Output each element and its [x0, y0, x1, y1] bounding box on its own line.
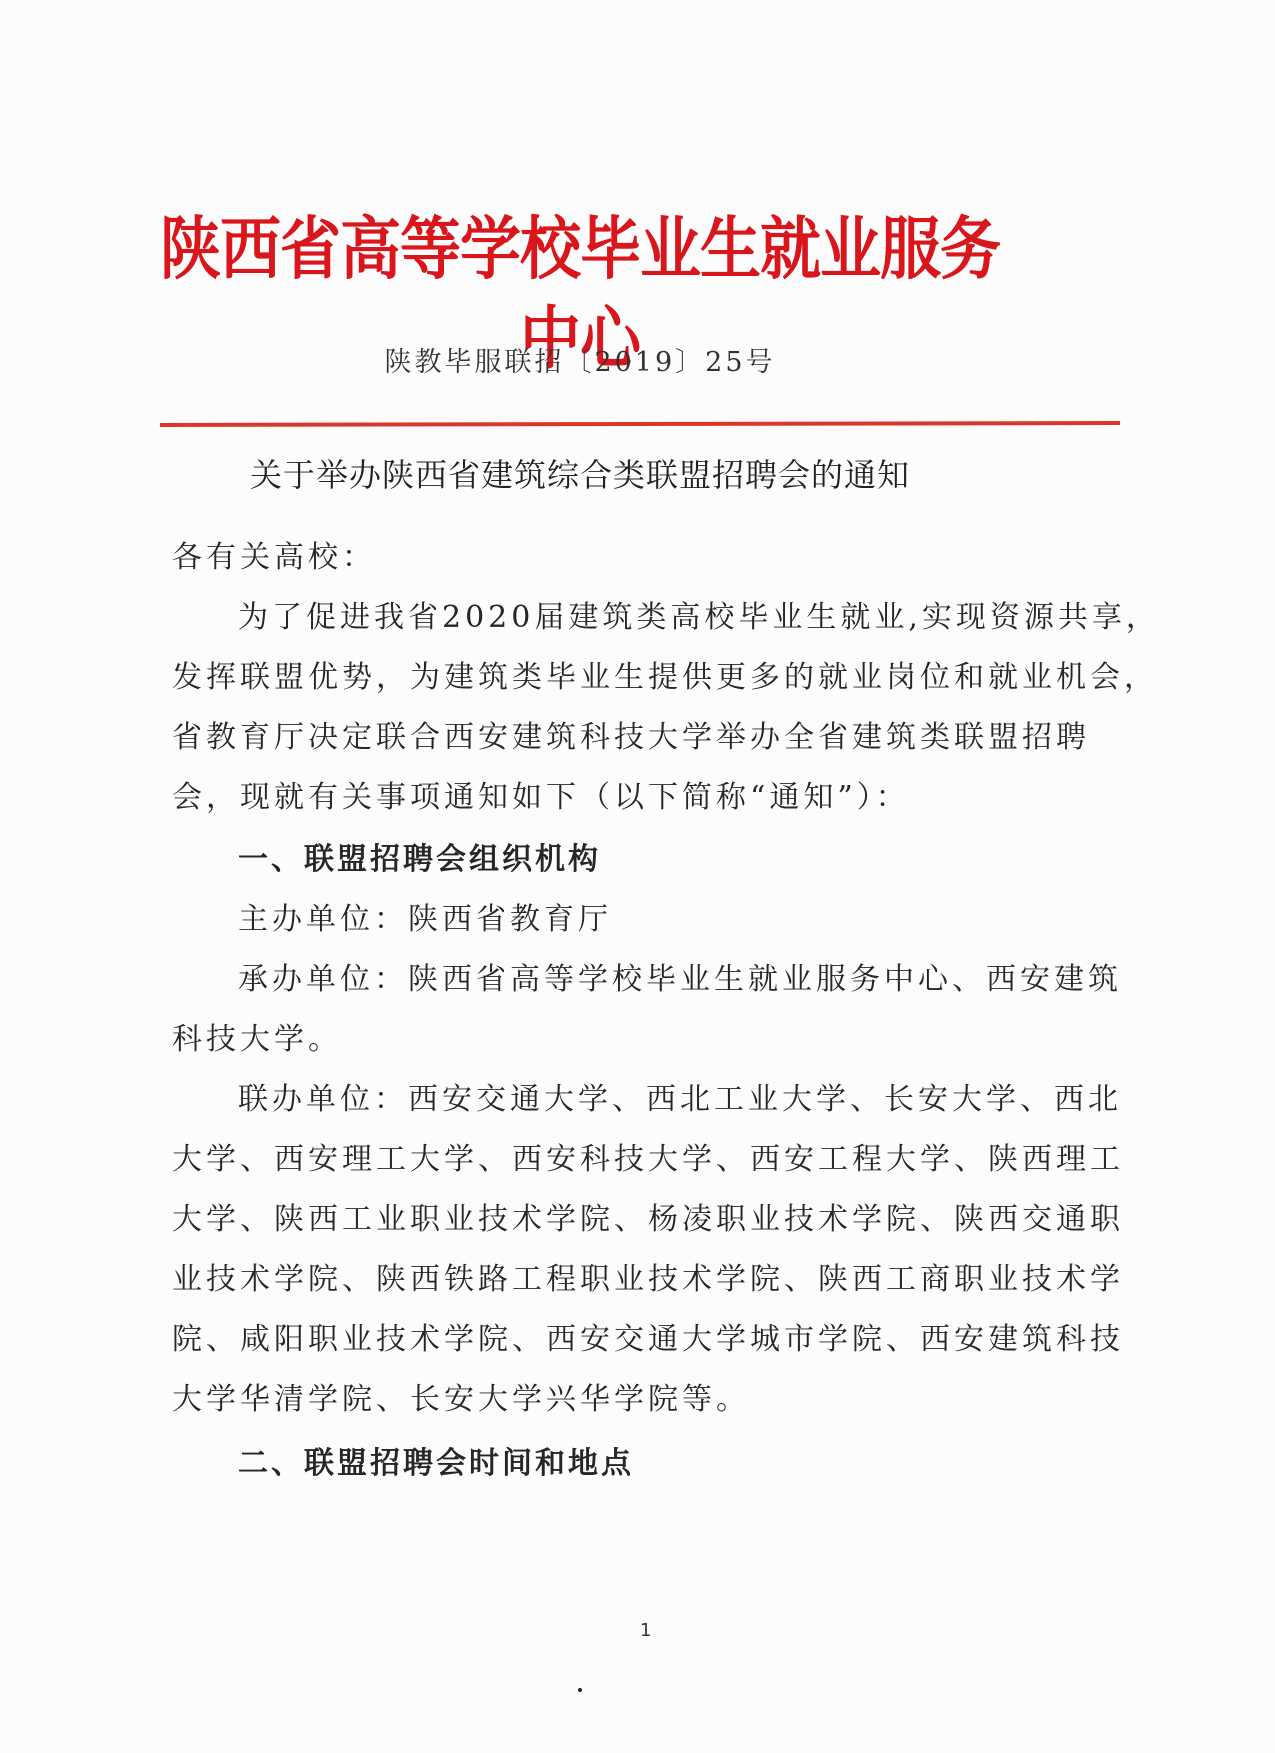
section-line: 承办单位：陕西省高等学校毕业生就业服务中心、西安建筑 — [238, 960, 1122, 1000]
section-line: 院、咸阳职业技术学院、西安交通大学城市学院、西安建筑科技 — [172, 1320, 1124, 1360]
section-line: 科技大学。 — [172, 1020, 342, 1060]
section-line: 大学、陕西工业职业技术学院、杨凌职业技术学院、陕西交通职 — [172, 1200, 1124, 1240]
document-number: 陕教毕服联招〔2019〕25号 — [140, 340, 1020, 379]
intro-line: 发挥联盟优势，为建筑类毕业生提供更多的就业岗位和就业机会， — [172, 658, 1158, 698]
section-line: 大学华清学院、长安大学兴华学院等。 — [172, 1380, 750, 1420]
section-heading-2: 二、联盟招聘会时间和地点 — [238, 1444, 634, 1484]
intro-line: 会，现就有关事项通知如下（以下简称“通知”）： — [172, 778, 910, 818]
section-line: 大学、西安理工大学、西安科技大学、西安工程大学、陕西理工 — [172, 1140, 1124, 1180]
section-line: 业技术学院、陕西铁路工程职业技术学院、陕西工商职业技术学 — [172, 1260, 1124, 1300]
red-divider-line — [160, 421, 1120, 427]
document-page: 陕西省高等学校毕业生就业服务中心 陕教毕服联招〔2019〕25号 关于举办陕西省… — [0, 0, 1275, 1753]
salutation: 各有关高校： — [172, 538, 376, 578]
section-line: 联办单位：西安交通大学、西北工业大学、长安大学、西北 — [238, 1080, 1122, 1120]
intro-line: 为了促进我省2020届建筑类高校毕业生就业,实现资源共享， — [238, 598, 1160, 638]
intro-line: 省教育厅决定联合西安建筑科技大学举办全省建筑类联盟招聘 — [172, 718, 1090, 758]
scan-speck — [578, 1688, 582, 1692]
document-title: 关于举办陕西省建筑综合类联盟招聘会的通知 — [140, 450, 1020, 496]
section-line: 主办单位：陕西省教育厅 — [238, 900, 612, 940]
page-number: 1 — [640, 1620, 651, 1641]
section-heading-1: 一、联盟招聘会组织机构 — [238, 840, 601, 880]
